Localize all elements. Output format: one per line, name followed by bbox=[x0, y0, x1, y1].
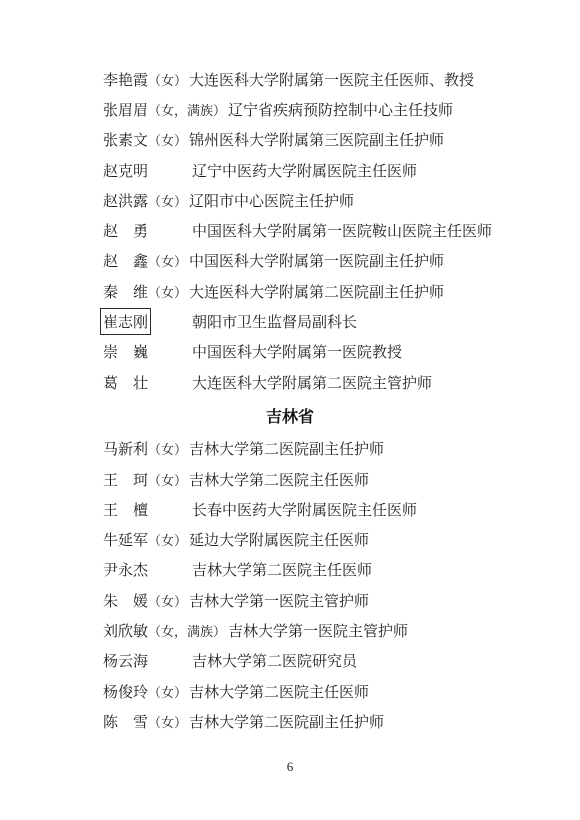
person-name: 刘欣敏 bbox=[103, 620, 148, 641]
person-name: 陈 雪 bbox=[103, 711, 148, 732]
affiliation-title: 大连医科大学附属第二医院副主任护师 bbox=[189, 281, 444, 302]
affiliation-title: 朝阳市卫生监督局副科长 bbox=[192, 311, 357, 332]
gender-ethnicity-note: （女，满族） bbox=[148, 100, 226, 119]
affiliation-title: 辽宁中医药大学附属医院主任医师 bbox=[192, 160, 417, 181]
person-entry: 朱 媛 （女） 吉林大学第一医院主管护师 bbox=[103, 585, 560, 615]
affiliation-title: 吉林大学第二医院主任医师 bbox=[189, 469, 369, 490]
gender-ethnicity-note: （女） bbox=[148, 470, 187, 489]
page-number: 6 bbox=[20, 759, 560, 775]
person-name: 赵克明 bbox=[103, 160, 148, 181]
affiliation-title: 长春中医药大学附属医院主任医师 bbox=[192, 499, 417, 520]
affiliation-title: 中国医科大学附属第一医院鞍山医院主任医师 bbox=[192, 220, 492, 241]
gender-ethnicity-note: （女） bbox=[148, 439, 187, 458]
person-entry: 秦 维 （女） 大连医科大学附属第二医院副主任护师 bbox=[103, 276, 560, 306]
gender-ethnicity-note: （女） bbox=[148, 282, 187, 301]
page-content: 李艳霞 （女） 大连医科大学附属第一医院主任医师、教授 张眉眉 （女，满族） 辽… bbox=[0, 0, 580, 775]
person-entry: 杨俊玲 （女） 吉林大学第二医院主任医师 bbox=[103, 676, 560, 706]
person-name: 尹永杰 bbox=[103, 559, 148, 580]
affiliation-title: 辽阳市中心医院主任护师 bbox=[189, 190, 354, 211]
person-entry: 牛延军 （女） 延边大学附属医院主任医师 bbox=[103, 524, 560, 554]
gender-ethnicity-note: （女） bbox=[148, 682, 187, 701]
affiliation-title: 吉林大学第一医院主管护师 bbox=[228, 620, 408, 641]
person-entry: 尹永杰 吉林大学第二医院主任医师 bbox=[103, 555, 560, 585]
person-name: 崇 巍 bbox=[103, 341, 148, 362]
jilin-entry-list: 马新利 （女） 吉林大学第二医院副主任护师 王 珂 （女） 吉林大学第二医院主任… bbox=[103, 434, 560, 737]
person-name: 秦 维 bbox=[103, 281, 148, 302]
affiliation-title: 大连医科大学附属第一医院主任医师、教授 bbox=[189, 69, 474, 90]
gender-ethnicity-note: （女） bbox=[148, 530, 187, 549]
person-name: 朱 媛 bbox=[103, 590, 148, 611]
section-header-jilin: 吉林省 bbox=[20, 403, 560, 433]
affiliation-title: 吉林大学第二医院主任医师 bbox=[192, 559, 372, 580]
person-entry: 陈 雪 （女） 吉林大学第二医院副主任护师 bbox=[103, 706, 560, 736]
person-name: 杨云海 bbox=[103, 650, 148, 671]
person-name: 张眉眉 bbox=[103, 99, 148, 120]
person-name: 崔志刚 bbox=[103, 311, 148, 332]
affiliation-title: 辽宁省疾病预防控制中心主任技师 bbox=[228, 99, 453, 120]
person-entry: 张眉眉 （女，满族） 辽宁省疾病预防控制中心主任技师 bbox=[103, 94, 560, 124]
gender-ethnicity-note: （女） bbox=[148, 591, 187, 610]
affiliation-title: 大连医科大学附属第二医院主管护师 bbox=[192, 372, 432, 393]
gender-ethnicity-note: （女） bbox=[148, 130, 187, 149]
person-entry: 崔志刚 朝阳市卫生监督局副科长 bbox=[103, 306, 560, 336]
affiliation-title: 吉林大学第二医院副主任护师 bbox=[189, 438, 384, 459]
person-entry: 赵洪露 （女） 辽阳市中心医院主任护师 bbox=[103, 185, 560, 215]
person-entry: 杨云海 吉林大学第二医院研究员 bbox=[103, 646, 560, 676]
person-entry: 王 珂 （女） 吉林大学第二医院主任医师 bbox=[103, 464, 560, 494]
affiliation-title: 吉林大学第一医院主管护师 bbox=[189, 590, 369, 611]
gender-ethnicity-note: （女） bbox=[148, 712, 187, 731]
person-entry: 刘欣敏 （女，满族） 吉林大学第一医院主管护师 bbox=[103, 615, 560, 645]
person-name: 赵 鑫 bbox=[103, 250, 148, 271]
person-name: 马新利 bbox=[103, 438, 148, 459]
affiliation-title: 中国医科大学附属第一医院教授 bbox=[192, 341, 402, 362]
gender-ethnicity-note: （女） bbox=[148, 70, 187, 89]
gender-ethnicity-note: （女） bbox=[148, 251, 187, 270]
person-name: 李艳霞 bbox=[103, 69, 148, 90]
person-entry: 马新利 （女） 吉林大学第二医院副主任护师 bbox=[103, 434, 560, 464]
affiliation-title: 锦州医科大学附属第三医院副主任护师 bbox=[189, 129, 444, 150]
person-entry: 王 檀 长春中医药大学附属医院主任医师 bbox=[103, 494, 560, 524]
person-entry: 葛 壮 大连医科大学附属第二医院主管护师 bbox=[103, 367, 560, 397]
person-name: 葛 壮 bbox=[103, 372, 148, 393]
affiliation-title: 吉林大学第二医院副主任护师 bbox=[189, 711, 384, 732]
person-name: 牛延军 bbox=[103, 529, 148, 550]
affiliation-title: 吉林大学第二医院研究员 bbox=[192, 650, 357, 671]
gender-ethnicity-note: （女，满族） bbox=[148, 621, 226, 640]
document-page: 李艳霞 （女） 大连医科大学附属第一医院主任医师、教授 张眉眉 （女，满族） 辽… bbox=[0, 0, 580, 820]
person-entry: 赵 鑫 （女） 中国医科大学附属第一医院副主任护师 bbox=[103, 246, 560, 276]
person-name: 杨俊玲 bbox=[103, 681, 148, 702]
affiliation-title: 吉林大学第二医院主任医师 bbox=[189, 681, 369, 702]
person-entry: 赵克明 辽宁中医药大学附属医院主任医师 bbox=[103, 155, 560, 185]
person-name: 王 檀 bbox=[103, 499, 148, 520]
person-entry: 张素文 （女） 锦州医科大学附属第三医院副主任护师 bbox=[103, 125, 560, 155]
liaoning-entry-list: 李艳霞 （女） 大连医科大学附属第一医院主任医师、教授 张眉眉 （女，满族） 辽… bbox=[103, 0, 560, 397]
person-name: 赵洪露 bbox=[103, 190, 148, 211]
person-name: 张素文 bbox=[103, 129, 148, 150]
person-entry: 李艳霞 （女） 大连医科大学附属第一医院主任医师、教授 bbox=[103, 64, 560, 94]
person-entry: 赵 勇 中国医科大学附属第一医院鞍山医院主任医师 bbox=[103, 215, 560, 245]
person-name: 赵 勇 bbox=[103, 220, 148, 241]
affiliation-title: 中国医科大学附属第一医院副主任护师 bbox=[189, 250, 444, 271]
person-entry: 崇 巍 中国医科大学附属第一医院教授 bbox=[103, 337, 560, 367]
gender-ethnicity-note: （女） bbox=[148, 191, 187, 210]
person-name: 王 珂 bbox=[103, 469, 148, 490]
affiliation-title: 延边大学附属医院主任医师 bbox=[189, 529, 369, 550]
